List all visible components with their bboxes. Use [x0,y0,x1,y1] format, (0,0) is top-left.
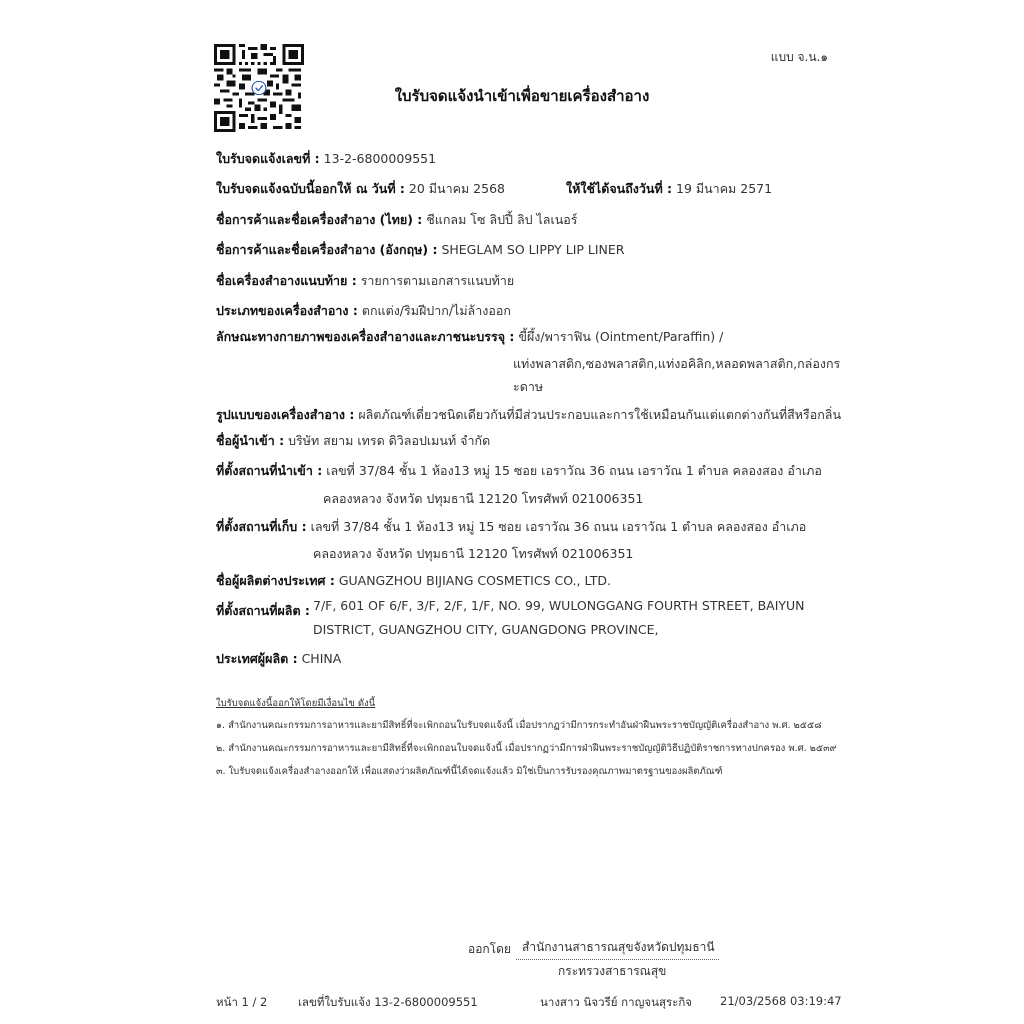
field-import-location: ที่ตั้งสถานที่นำเข้า : เลขที่ 37/84 ชั้น… [216,464,822,478]
page-indicator: หน้า 1 / 2 [216,994,267,1012]
field-notification-no: ใบรับจดแจ้งเลขที่ : 13-2-6800009551 [216,152,436,166]
import-address-line: คลองหลวง จังหวัด ปทุมธานี 12120 โทรศัพท์… [323,489,643,509]
footer-reference: เลขที่ใบรับแจ้ง 13-2-6800009551 [298,994,478,1012]
issued-by-label: ออกโดย [468,940,511,959]
field-label: ชื่อเครื่องสำอางแนบท้าย : [216,273,357,288]
field-label: ที่ตั้งสถานที่เก็บ : [216,519,307,534]
field-foreign-manufacturer: ชื่อผู้ผลิตต่างประเทศ : GUANGZHOU BIJIAN… [216,574,611,588]
field-label: ที่ตั้งสถานที่ผลิต : [216,603,310,618]
document-title: ใบรับจดแจ้งนำเข้าเพื่อขายเครื่องสำอาง [0,84,1024,108]
import-address-line: เลขที่ 37/84 ชั้น 1 ห้อง13 หมู่ 15 ซอย เ… [326,463,822,478]
field-country: ประเทศผู้ผลิต : CHINA [216,652,341,666]
country-value: CHINA [302,651,342,666]
field-label: ชื่อผู้นำเข้า : [216,433,284,448]
condition-item: ๓. ใบรับจดแจ้งเครื่องสำอางออกให้ เพื่อแส… [216,764,723,779]
field-name-thai: ชื่อการค้าและชื่อเครื่องสำอาง (ไทย) : ชี… [216,213,578,227]
field-label: ให้ใช้ได้จนถึงวันที่ : [566,181,672,196]
field-label: ชื่อการค้าและชื่อเครื่องสำอาง (อังกฤษ) : [216,242,437,257]
cosmetic-form-value: ผลิตภัณฑ์เดี่ยวชนิดเดียวกันที่มีส่วนประก… [358,407,841,422]
field-importer: ชื่อผู้นำเข้า : บริษัท สยาม เทรด ดิวิลอป… [216,434,490,448]
issuing-organization: สำนักงานสาธารณสุขจังหวัดปทุมธานี [516,938,719,960]
issue-date-value: 20 มีนาคม 2568 [409,181,505,196]
manufacturing-address-line: 7/F, 601 OF 6/F, 3/F, 2/F, 1/F, NO. 99, … [313,598,805,613]
field-label: ชื่อการค้าและชื่อเครื่องสำอาง (ไทย) : [216,212,422,227]
field-attached-name: ชื่อเครื่องสำอางแนบท้าย : รายการตามเอกสา… [216,274,514,288]
product-name-thai: ชีแกลม โซ ลิปปี้ ลิป ไลเนอร์ [426,212,577,227]
field-label: ใบรับจดแจ้งฉบับนี้ออกให้ ณ วันที่ : [216,181,405,196]
field-physical: ลักษณะทางกายภาพของเครื่องสำอางและภาชนะบร… [216,330,723,344]
field-label: ประเทศผู้ผลิต : [216,651,298,666]
condition-item: ๒. สำนักงานคณะกรรมการอาหารและยามีสิทธิ์ท… [216,741,837,756]
field-label: ลักษณะทางกายภาพของเครื่องสำอางและภาชนะบร… [216,329,514,344]
field-storage-location: ที่ตั้งสถานที่เก็บ : เลขที่ 37/84 ชั้น 1… [216,520,806,534]
manufacturing-address-line: DISTRICT, GUANGZHOU CITY, GUANGDONG PROV… [313,622,658,637]
storage-address-line: เลขที่ 37/84 ชั้น 1 ห้อง13 หมู่ 15 ซอย เ… [311,519,807,534]
manufacturer-value: GUANGZHOU BIJIANG COSMETICS CO., LTD. [339,573,611,588]
field-form: รูปแบบของเครื่องสำอาง : ผลิตภัณฑ์เดี่ยวช… [216,408,841,422]
cosmetic-type-value: ตกแต่ง/ริมฝีปาก/ไม่ล้างออก [362,303,511,318]
physical-line: แท่งพลาสติก,ซองพลาสติก,แท่งอคิลิก,หลอดพล… [513,354,840,374]
conditions-heading: ใบรับจดแจ้งนี้ออกให้โดยมีเงื่อนไข ดังนี้ [216,696,375,711]
field-valid-until: ให้ใช้ได้จนถึงวันที่ : 19 มีนาคม 2571 [566,182,772,196]
attached-name-value: รายการตามเอกสารแนบท้าย [361,273,515,288]
field-label: รูปแบบของเครื่องสำอาง : [216,407,354,422]
physical-line: ขี้ผึ้ง/พาราฟิน (Ointment/Paraffin) / [518,329,723,344]
field-issue-date: ใบรับจดแจ้งฉบับนี้ออกให้ ณ วันที่ : 20 ม… [216,182,505,196]
ministry-name: กระทรวงสาธารณสุข [558,962,666,981]
form-code: แบบ จ.น.๑ [771,48,828,67]
field-label: ชื่อผู้ผลิตต่างประเทศ : [216,573,335,588]
officer-name: นางสาว นิจวรีย์ กาญจนสุระกิจ [540,994,692,1012]
storage-address-line: คลองหลวง จังหวัด ปทุมธานี 12120 โทรศัพท์… [313,544,633,564]
physical-line: ะดาษ [513,377,543,397]
field-label: ใบรับจดแจ้งเลขที่ : [216,151,320,166]
importer-value: บริษัท สยาม เทรด ดิวิลอปเมนท์ จำกัด [288,433,490,448]
field-label: ที่ตั้งสถานที่นำเข้า : [216,463,322,478]
condition-item: ๑. สำนักงานคณะกรรมการอาหารและยามีสิทธิ์ท… [216,718,822,733]
field-manufacturing-location: ที่ตั้งสถานที่ผลิต : [216,604,310,618]
print-timestamp: 21/03/2568 03:19:47 [720,994,842,1008]
valid-until-value: 19 มีนาคม 2571 [676,181,772,196]
field-label: ประเภทของเครื่องสำอาง : [216,303,358,318]
product-name-english: SHEGLAM SO LIPPY LIP LINER [441,242,624,257]
field-type: ประเภทของเครื่องสำอาง : ตกแต่ง/ริมฝีปาก/… [216,304,511,318]
notification-number: 13-2-6800009551 [324,151,436,166]
field-name-english: ชื่อการค้าและชื่อเครื่องสำอาง (อังกฤษ) :… [216,243,624,257]
